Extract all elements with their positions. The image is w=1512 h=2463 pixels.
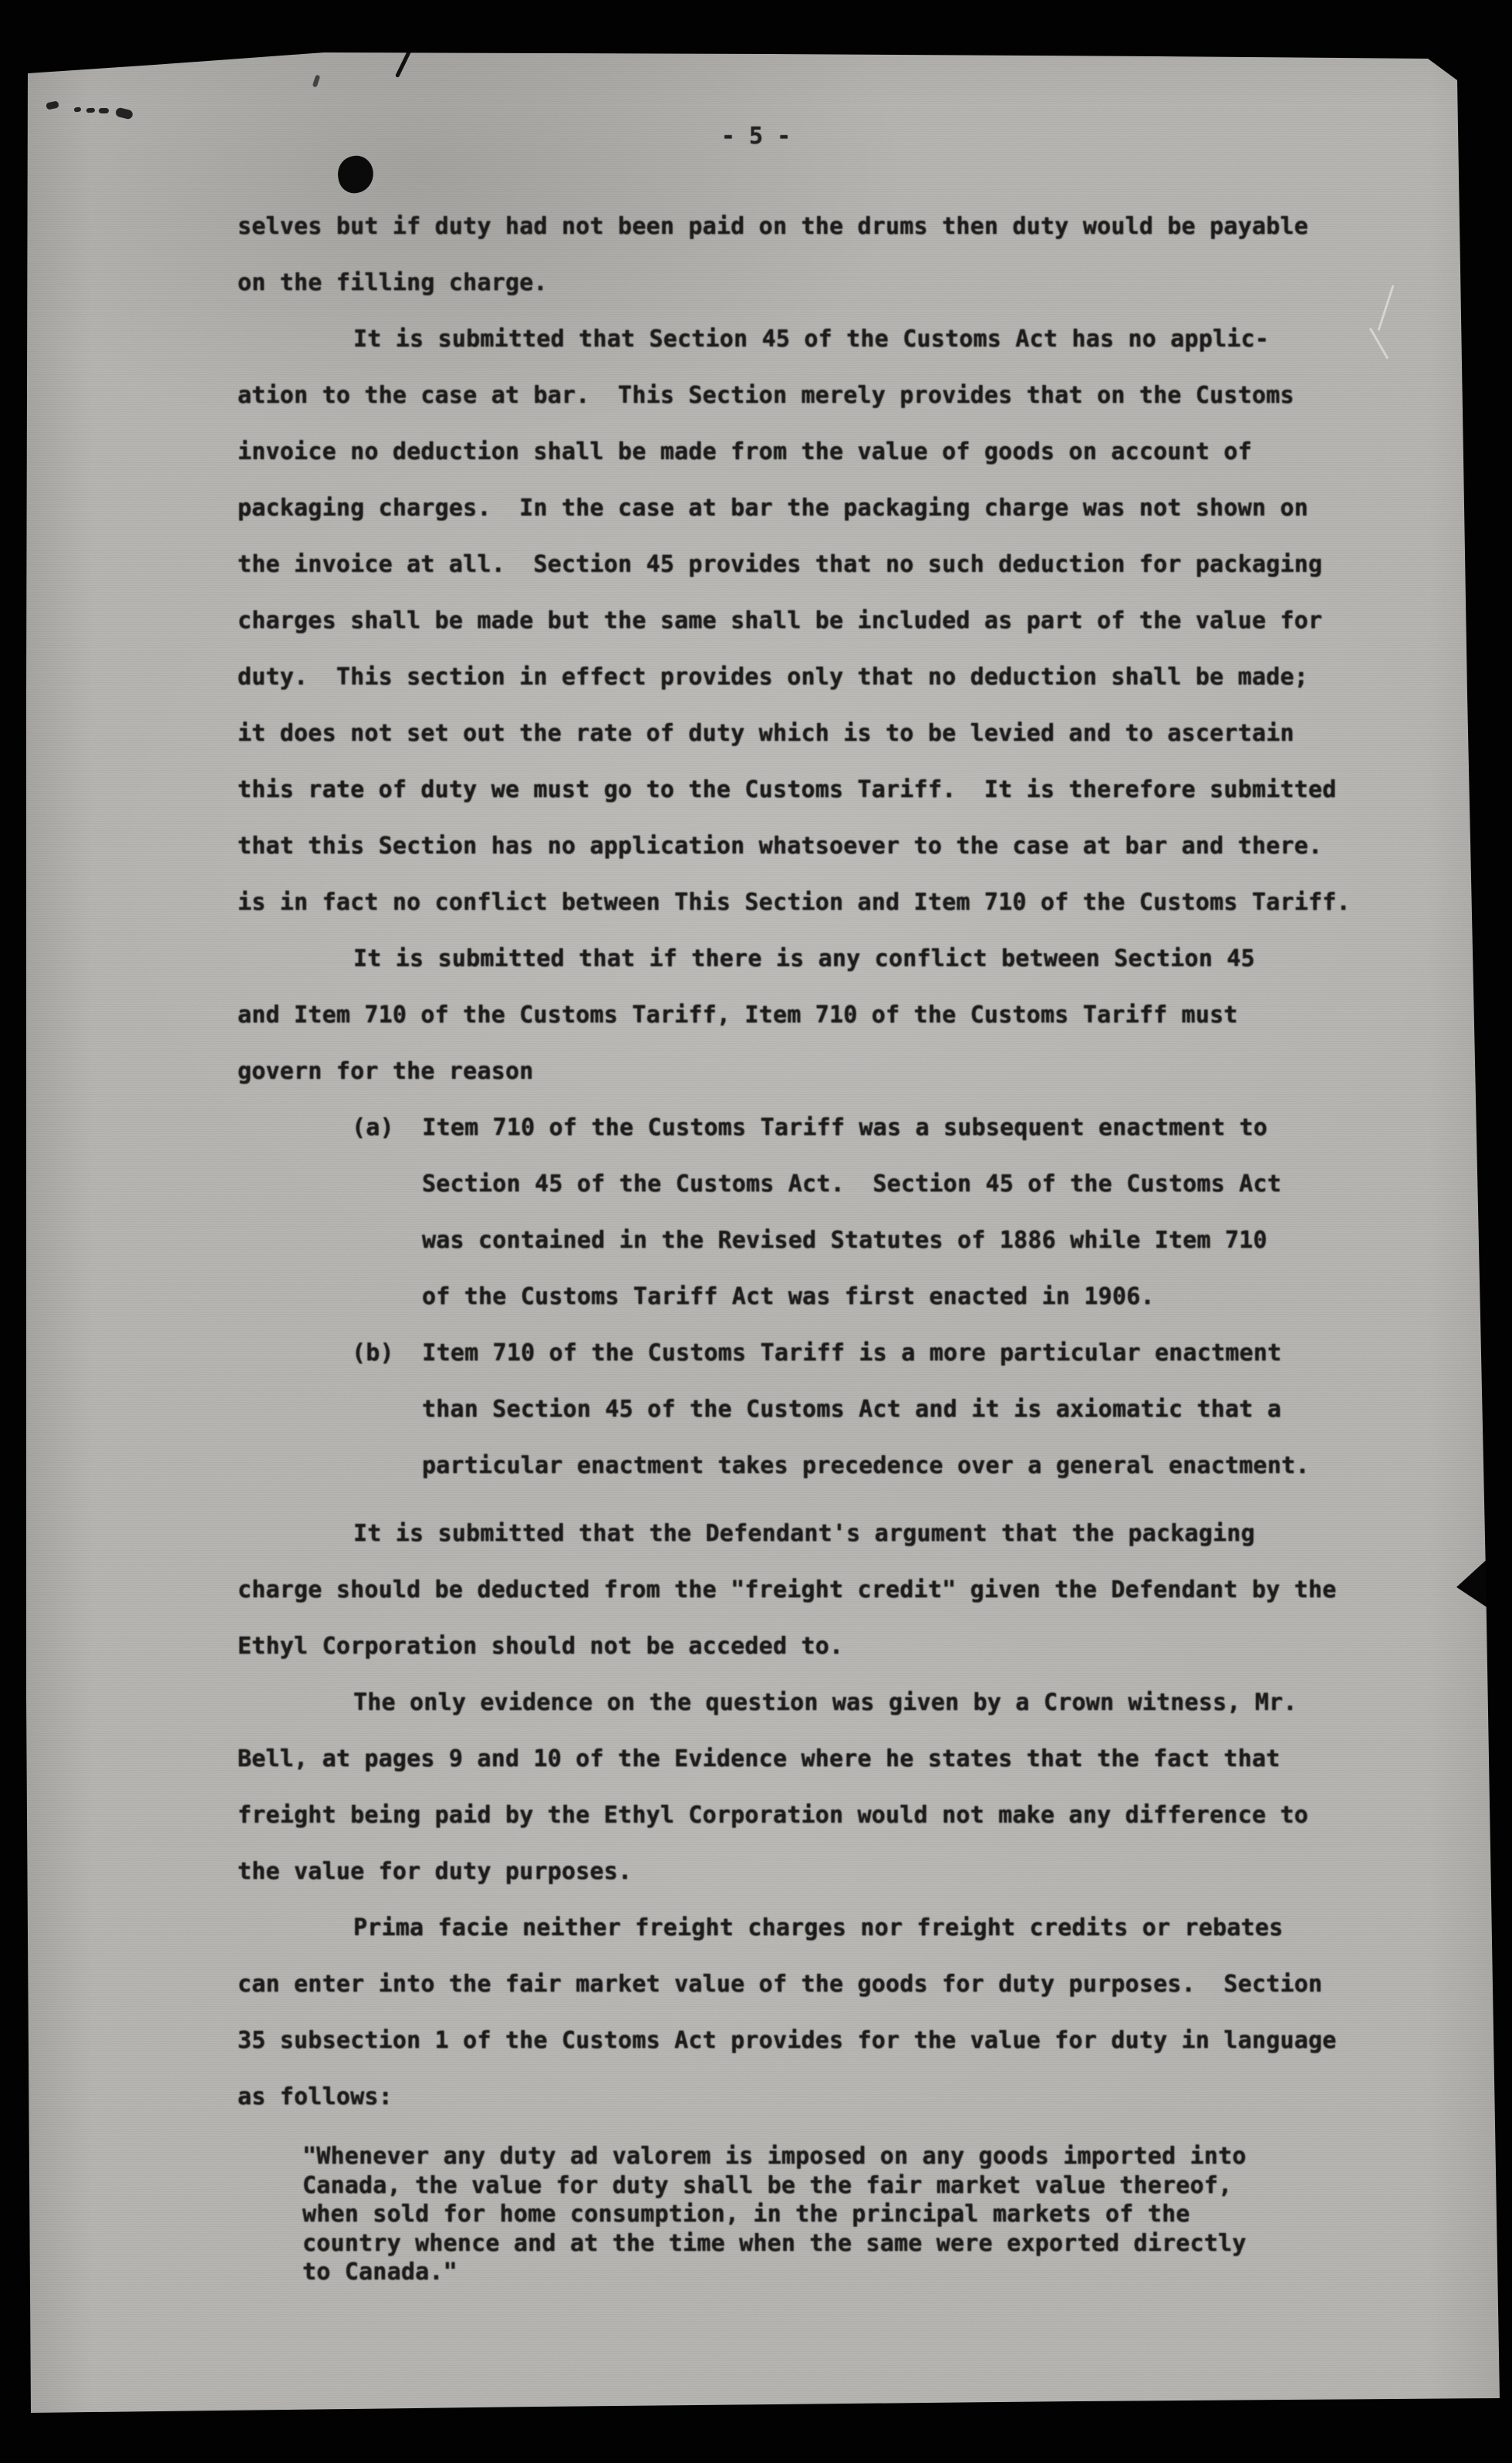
scan-background: - 5 - selves but if duty had not been pa…	[0, 0, 1512, 2463]
document-line: 35 subsection 1 of the Customs Act provi…	[238, 2012, 1512, 2069]
quote-line: Canada, the value for duty shall be the …	[302, 2171, 1512, 2201]
quote-line: country whence and at the time when the …	[302, 2229, 1512, 2259]
document-line: govern for the reason	[238, 1043, 1512, 1100]
page-number: - 5 -	[0, 121, 1512, 152]
document-line: invoice no deduction shall be made from …	[238, 424, 1512, 480]
document-line: It is submitted that Section 45 of the C…	[353, 311, 1512, 367]
document-line: is in fact no conflict between This Sect…	[238, 874, 1512, 931]
list-item-a-line: Section 45 of the Customs Act. Section 4…	[422, 1156, 1512, 1212]
document-line: the value for duty purposes.	[238, 1843, 1512, 1900]
document-line: Bell, at pages 9 and 10 of the Evidence …	[238, 1731, 1512, 1787]
quote-line: to Canada."	[302, 2258, 1512, 2287]
document-line: on the filling charge.	[238, 255, 1512, 311]
list-item-b-line: (b) Item 710 of the Customs Tariff is a …	[352, 1325, 1512, 1381]
ink-dash-mark	[99, 108, 109, 113]
document-text: selves but if duty had not been paid on …	[0, 198, 1512, 2287]
document-line: that this Section has no application wha…	[238, 818, 1512, 874]
document-line: freight being paid by the Ethyl Corporat…	[238, 1787, 1512, 1843]
document-line: and Item 710 of the Customs Tariff, Item…	[238, 987, 1512, 1043]
document-line: Ethyl Corporation should not be acceded …	[238, 1618, 1512, 1674]
list-item-b-line: than Section 45 of the Customs Act and i…	[422, 1381, 1512, 1438]
list-item-a-line: (a) Item 710 of the Customs Tariff was a…	[352, 1100, 1512, 1156]
list-item-a-line: of the Customs Tariff Act was first enac…	[422, 1269, 1512, 1325]
document-line: It is submitted that if there is any con…	[353, 931, 1512, 987]
document-line: as follows:	[238, 2069, 1512, 2125]
document-line: Prima facie neither freight charges nor …	[353, 1900, 1512, 1956]
quote-line: "Whenever any duty ad valorem is imposed…	[302, 2142, 1512, 2171]
document-line: The only evidence on the question was gi…	[353, 1674, 1512, 1731]
document-line: can enter into the fair market value of …	[238, 1956, 1512, 2012]
document-line: the invoice at all. Section 45 provides …	[238, 536, 1512, 593]
document-line: charge should be deducted from the "frei…	[238, 1562, 1512, 1618]
document-line: duty. This section in effect provides on…	[238, 649, 1512, 705]
document-page: - 5 - selves but if duty had not been pa…	[0, 0, 1512, 2463]
document-line: ation to the case at bar. This Section m…	[238, 367, 1512, 424]
document-line: this rate of duty we must go to the Cust…	[238, 762, 1512, 818]
document-line: packaging charges. In the case at bar th…	[238, 480, 1512, 536]
document-line: it does not set out the rate of duty whi…	[238, 705, 1512, 762]
document-line: It is submitted that the Defendant's arg…	[353, 1505, 1512, 1562]
ink-dash-mark	[86, 108, 95, 113]
list-item-b-line: particular enactment takes precedence ov…	[422, 1438, 1512, 1494]
statute-quote-block: "Whenever any duty ad valorem is imposed…	[0, 2142, 1512, 2287]
quote-line: when sold for home consumption, in the p…	[302, 2200, 1512, 2229]
document-line: selves but if duty had not been paid on …	[238, 198, 1512, 255]
document-line: charges shall be made but the same shall…	[238, 593, 1512, 649]
list-item-a-line: was contained in the Revised Statutes of…	[422, 1212, 1512, 1269]
